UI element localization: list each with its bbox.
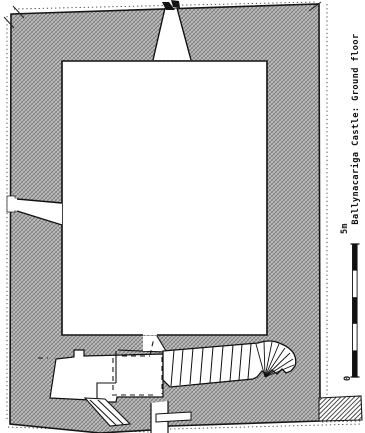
plan-title: Ballynacariga Castle: Ground floor — [350, 33, 361, 224]
threshold-step — [156, 412, 191, 422]
annex-wall-stub — [319, 396, 362, 421]
floor-plan-page: 5m 0 Ballynacariga Castle: Ground floor — [0, 0, 365, 433]
scale-bar: 5m 0 — [340, 223, 360, 381]
scale-bottom-label: 0 — [343, 376, 353, 381]
main-chamber — [62, 61, 267, 335]
floor-plan-drawing: 5m 0 Ballynacariga Castle: Ground floor — [0, 0, 365, 433]
scale-top-label: 5m — [340, 223, 350, 234]
